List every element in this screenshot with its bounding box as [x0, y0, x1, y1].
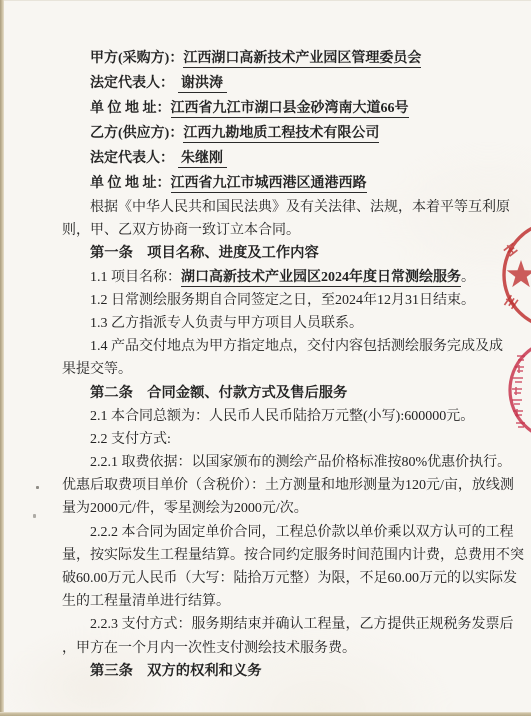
contract-text: 量，按实际发生工程量结算。按合同约定服务时间范围内计费，总费用不突	[62, 548, 524, 563]
contract-text: 破60.00万元人民币（大写：陆拾万元整）为限，不足60.00万元的以实际发	[62, 571, 517, 586]
contract-text: 生的工程量清单进行结算。	[62, 594, 230, 609]
contract-line: 量为2000元/件，零星测绘为2000元/次。	[62, 497, 502, 520]
filled-in-underlined-value: 江西九勘地质工程技术有限公司	[183, 126, 379, 143]
filled-in-underlined-value: 谢洪涛	[178, 76, 227, 93]
contract-line: 破60.00万元人民币（大写：陆拾万元整）为限，不足60.00万元的以实际发	[62, 567, 502, 590]
contract-line: 单 位 地 址：江西省九江市城西港区通港西路	[62, 171, 502, 196]
contract-line: 1.4 产品交付地点为甲方指定地点，交付内容包括测绘服务完成及成	[62, 335, 502, 358]
contract-text: 2.2.2 本合同为固定单价合同，工程总价款以单价乘以双方认可的工程	[90, 525, 514, 540]
contract-text: 果提交等。	[62, 362, 132, 377]
contract-text: 第二条 合同金额、付款方式及售后服务	[90, 385, 347, 401]
contract-text: 1.1 项目名称：	[90, 270, 181, 285]
contract-line: 优惠后取费项目单价（含税价）：土方测量和地形测量为120元/亩，放线测	[62, 474, 502, 497]
contract-line: 2.1 本合同总额为：人民币人民币陆拾万元整(小写):600000元。	[62, 405, 502, 428]
contract-line: 第三条 双方的权利和义务	[62, 660, 502, 683]
filled-in-underlined-value: 江西省九江市城西港区通港西路	[171, 176, 367, 193]
contract-line: 乙方(供应方)：江西九勘地质工程技术有限公司	[62, 121, 502, 146]
contract-text: 法定代表人：	[90, 76, 178, 91]
contract-line: 法定代表人： 谢洪涛	[62, 71, 502, 96]
contract-line: 甲方(采购方)：江西湖口高新技术产业园区管理委员会	[62, 46, 502, 71]
contract-text: 2.1 本合同总额为：人民币人民币陆拾万元整(小写):600000元。	[90, 409, 474, 424]
contract-text: 2.2 支付方式:	[90, 432, 171, 447]
contract-text: 单 位 地 址：	[90, 101, 171, 116]
paper-speck	[36, 486, 39, 489]
filled-in-underlined-value: 江西省九江市湖口县金砂湾南大道66号	[171, 101, 409, 118]
paper-speck	[33, 514, 36, 518]
contract-line: 1.1 项目名称：湖口高新技术产业园区2024年度日常测绘服务。	[62, 266, 502, 289]
contract-page: 甲方(采购方)：江西湖口高新技术产业园区管理委员会法定代表人： 谢洪涛 单 位 …	[0, 0, 531, 716]
contract-line: ，甲方在一个月内一次性支付测绘技术服务费。	[62, 637, 502, 660]
filled-in-underlined-value: 江西湖口高新技术产业园区管理委员会	[183, 51, 421, 68]
contract-text: 2.2.3 支付方式：服务期结束并确认工程量，乙方提供正规税务发票后	[90, 617, 514, 632]
contract-text: 1.4 产品交付地点为甲方指定地点，交付内容包括测绘服务完成及成	[90, 339, 503, 354]
filled-in-underlined-value: 湖口高新技术产业园区2024年度日常测绘服务	[181, 270, 461, 287]
contract-line: 1.2 日常测绘服务期自合同签定之日，至2024年12月31日结束。	[62, 289, 502, 312]
contract-line: 1.3 乙方指派专人负责与甲方项目人员联系。	[62, 312, 502, 335]
red-seal-stamp-upper-icon	[497, 220, 531, 332]
contract-text: 量为2000元/件，零星测绘为2000元/次。	[62, 501, 308, 516]
contract-line: 法定代表人： 朱继刚	[62, 146, 502, 171]
filled-in-underlined-value: 朱继刚	[178, 151, 227, 168]
contract-text: 1.2 日常测绘服务期自合同签定之日，至2024年12月31日结束。	[90, 293, 475, 308]
contract-line: 2.2.2 本合同为固定单价合同，工程总价款以单价乘以双方认可的工程	[62, 521, 502, 544]
contract-text: 乙方(供应方)：	[90, 126, 183, 141]
contract-text: 2.2.1 取费依据：以国家颁布的测绘产品价格标准按80%优惠价执行。	[90, 455, 511, 470]
scan-edge-top	[0, 0, 531, 1]
contract-line: 生的工程量清单进行结算。	[62, 590, 502, 613]
contract-line: 第一条 项目名称、进度及工作内容	[62, 242, 502, 265]
contract-line: 根据《中华人民共和国民法典》及有关法律、法规，本着平等互利原	[62, 196, 502, 219]
contract-text: 。	[461, 270, 475, 285]
contract-line: 单 位 地 址：江西省九江市湖口县金砂湾南大道66号	[62, 96, 502, 121]
contract-text: 法定代表人：	[90, 151, 178, 166]
contract-line: 2.2 支付方式:	[62, 428, 502, 451]
contract-line: 第二条 合同金额、付款方式及售后服务	[62, 382, 502, 405]
scan-edge-bottom	[0, 712, 531, 716]
contract-text: 第三条 双方的权利和义务	[90, 663, 262, 679]
contract-line: 量，按实际发生工程量结算。按合同约定服务时间范围内计费，总费用不突	[62, 544, 502, 567]
contract-line: 果提交等。	[62, 358, 502, 381]
contract-line: 2.2.1 取费依据：以国家颁布的测绘产品价格标准按80%优惠价执行。	[62, 451, 502, 474]
contract-text: 单 位 地 址：	[90, 176, 171, 191]
contract-text: 根据《中华人民共和国民法典》及有关法律、法规，本着平等互利原	[90, 200, 510, 215]
red-seal-stamp-lower-icon	[505, 344, 531, 444]
contract-text: 第一条 项目名称、进度及工作内容	[90, 245, 319, 261]
contract-text: 1.3 乙方指派专人负责与甲方项目人员联系。	[90, 316, 363, 331]
contract-text: 甲方(采购方)：	[90, 51, 183, 66]
scan-edge-left	[0, 0, 4, 716]
contract-text: ，甲方在一个月内一次性支付测绘技术服务费。	[62, 641, 356, 656]
contract-line: 2.2.3 支付方式：服务期结束并确认工程量，乙方提供正规税务发票后	[62, 613, 502, 636]
contract-body: 甲方(采购方)：江西湖口高新技术产业园区管理委员会法定代表人： 谢洪涛 单 位 …	[62, 46, 502, 683]
contract-line: 则，甲、乙双方协商一致订立本合同。	[62, 219, 502, 242]
contract-text: 则，甲、乙双方协商一致订立本合同。	[62, 223, 300, 238]
contract-text: 优惠后取费项目单价（含税价）：土方测量和地形测量为120元/亩，放线测	[62, 478, 514, 493]
